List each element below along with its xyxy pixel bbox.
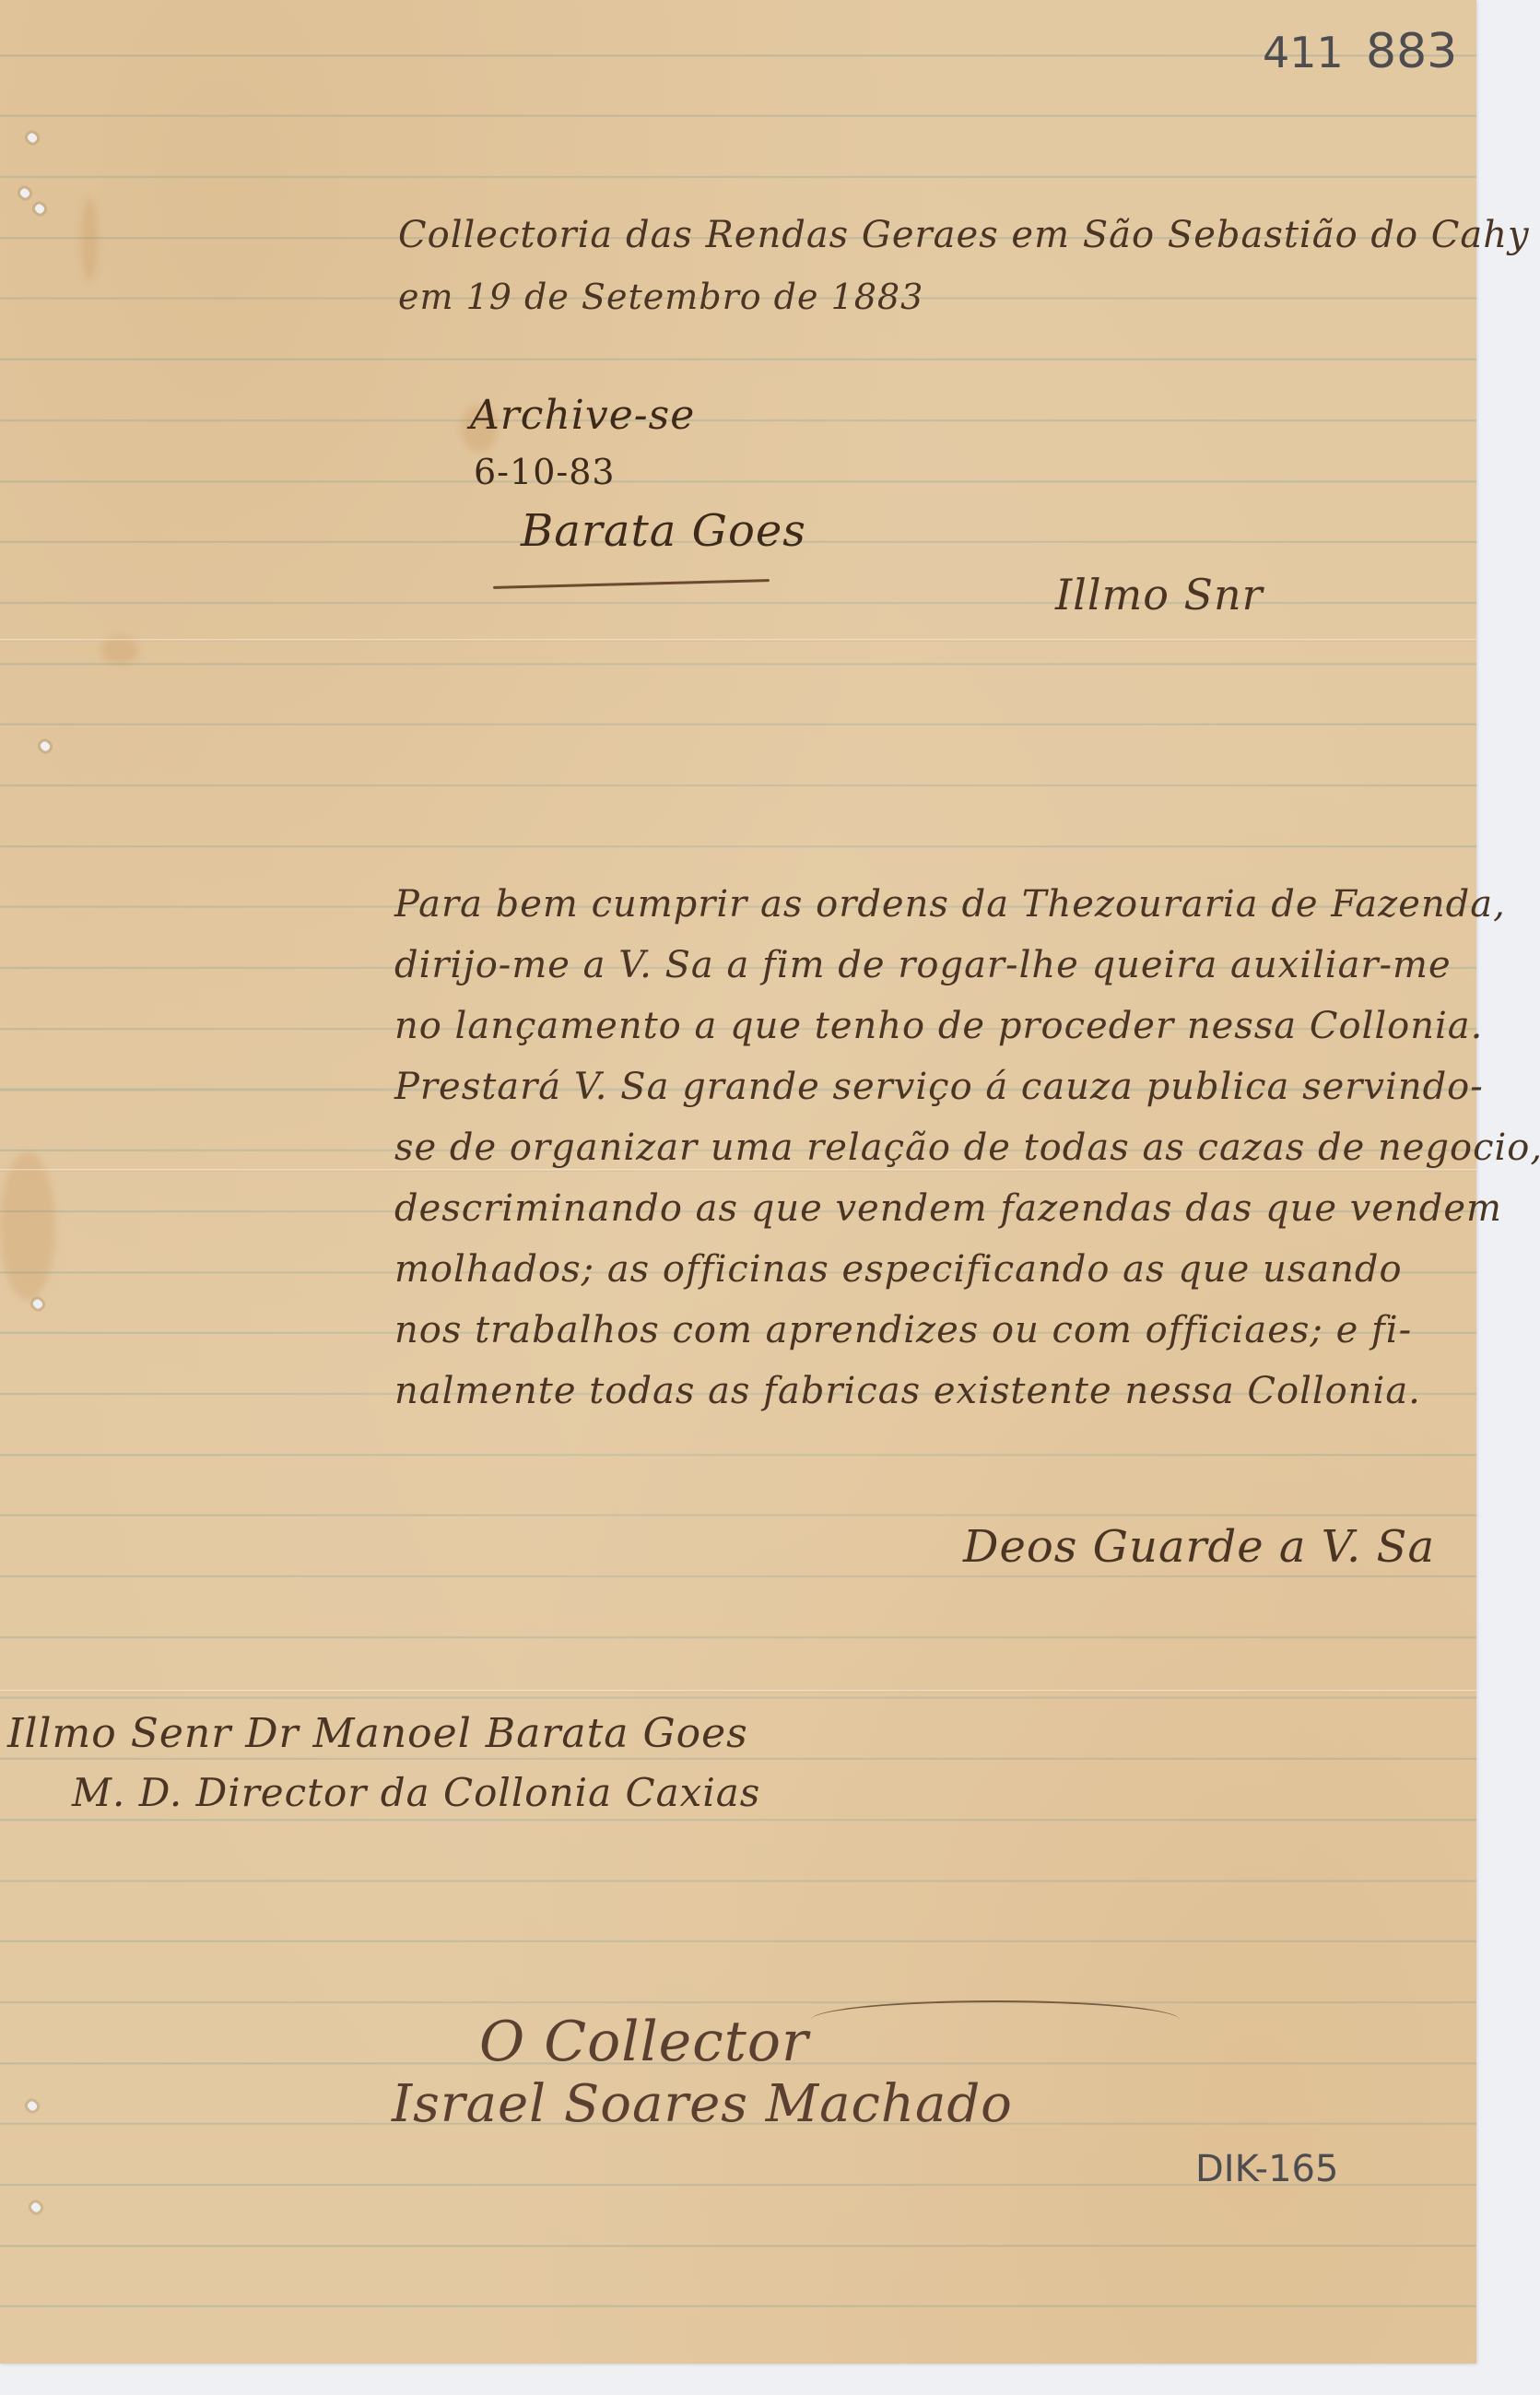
body-line: Prestará V. Sa grande serviço á cauza pu…	[394, 1066, 1484, 1108]
body-line: nalmente todas as fabricas existente nes…	[394, 1370, 1421, 1412]
body-line: se de organizar uma relação de todas as …	[394, 1127, 1540, 1169]
stain	[81, 198, 98, 281]
heading-place: Collectoria das Rendas Geraes em São Seb…	[398, 214, 1530, 256]
punch-hole	[31, 1298, 43, 1310]
fold-crease	[0, 639, 1476, 642]
annotation-archive: Archive-se	[470, 392, 695, 439]
archive-number: 411	[1263, 28, 1344, 77]
addressee-name: Illmo Senr Dr Manoel Barata Goes	[7, 1710, 748, 1757]
closing: Deos Guarde a V. Sa	[963, 1521, 1435, 1573]
punch-hole	[18, 187, 30, 199]
fold-crease	[0, 1169, 1476, 1172]
archive-number: 883	[1366, 24, 1457, 79]
annotation-signature: Barata Goes	[521, 505, 806, 557]
punch-hole	[29, 2201, 41, 2213]
punch-hole	[33, 203, 45, 215]
body-line: nos trabalhos com aprendizes ou com offi…	[394, 1309, 1412, 1351]
stain	[0, 1152, 55, 1300]
letter-page: 411 883 Collectoria das Rendas Geraes em…	[0, 0, 1476, 2364]
body-line: dirijo-me a V. Sa a fim de rogar-lhe que…	[394, 944, 1452, 986]
signature-underline	[493, 579, 770, 589]
punch-hole	[39, 740, 51, 752]
body-line: no lançamento a que tenho de proceder ne…	[394, 1005, 1483, 1047]
salutation: Illmo Snr	[1055, 570, 1264, 619]
addressee-title: M. D. Director da Collonia Caxias	[72, 1770, 760, 1815]
body-line: Para bem cumprir as ordens da Thezourari…	[394, 883, 1506, 926]
punch-hole	[26, 132, 38, 144]
fold-crease	[0, 1690, 1476, 1693]
catalog-id: DIK-165	[1195, 2148, 1338, 2190]
heading-date: em 19 de Setembro de 1883	[398, 277, 923, 317]
body-line: descriminando as que vendem fazendas das…	[394, 1187, 1502, 1230]
body-line: molhados; as officinas especificando as …	[394, 1248, 1403, 1291]
punch-hole	[26, 2100, 38, 2112]
signature-name: Israel Soares Machado	[392, 2074, 1013, 2134]
signature-title: O Collector	[479, 2010, 809, 2074]
signature-flourish	[811, 2000, 1180, 2039]
annotation-date: 6-10-83	[474, 452, 616, 492]
